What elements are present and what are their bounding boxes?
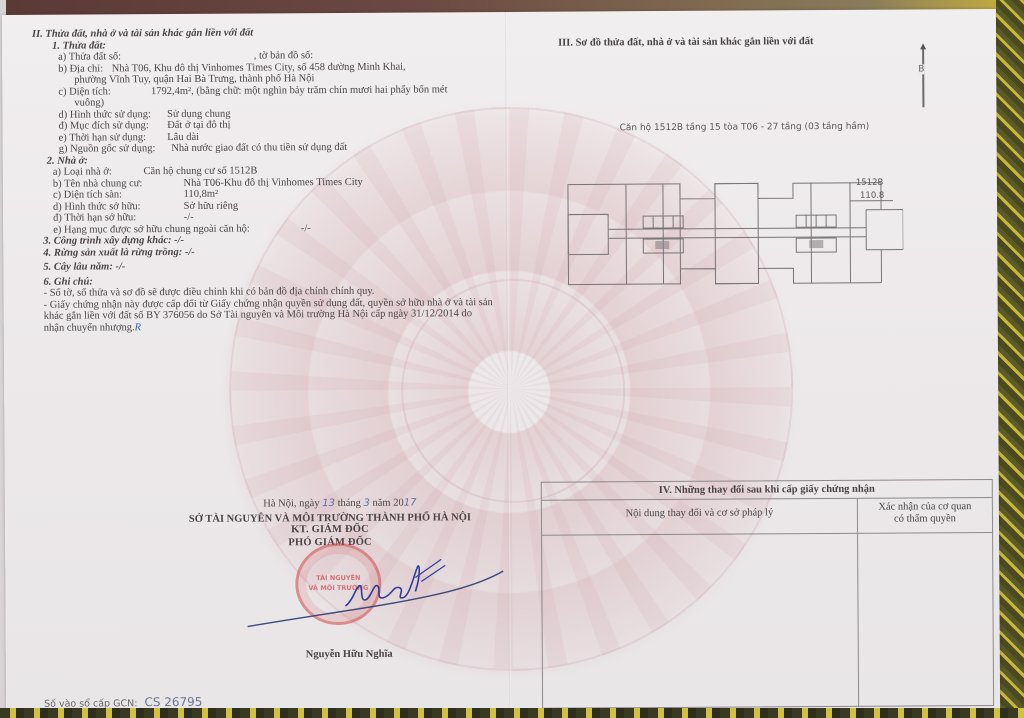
handwritten-signature bbox=[245, 557, 505, 629]
section-ii: II. Thửa đất, nhà ở và tài sản khác gắn … bbox=[32, 26, 504, 334]
address-value: Nhà T06, Khu đô thị Vinhomes Times City,… bbox=[112, 61, 406, 74]
col-2-line-2: có thẩm quyền bbox=[858, 513, 992, 526]
area-value: 1792,4m², (bằng chữ: một nghìn bảy trăm … bbox=[151, 84, 448, 97]
date-day: 13 bbox=[322, 498, 335, 509]
use-form-value: Sử dụng chung bbox=[167, 108, 231, 119]
issue-date: Hà Nội, ngày 13 tháng 3 năm 2017 bbox=[180, 497, 500, 510]
use-form-label: d) Hình thức sử dụng: bbox=[58, 109, 164, 121]
area-label: c) Diện tích: bbox=[58, 86, 148, 98]
section-iii-title: III. Sơ đồ thửa đất, nhà ở và tài sản kh… bbox=[558, 36, 813, 49]
own-term-label: đ) Thời hạn sở hữu: bbox=[53, 212, 181, 224]
term-value: Lâu dài bbox=[167, 131, 199, 142]
parcel-label: a) Thửa đất số: bbox=[58, 51, 121, 62]
date-month: 3 bbox=[363, 498, 369, 509]
forest: 4. Rừng sản xuất là rừng trồng: -/- bbox=[43, 244, 503, 258]
ownership-label: d) Hình thức sở hữu: bbox=[53, 200, 181, 212]
house-type-value: Căn hộ chung cư số 1512B bbox=[143, 165, 257, 177]
term-label: e) Thời hạn sử dụng: bbox=[59, 132, 165, 144]
floor-plan-diagram bbox=[563, 170, 904, 292]
note-2-text: - Giấy chứng nhận này được cấp đổi từ Gi… bbox=[44, 297, 493, 334]
origin-label: g) Nguồn gốc sử dụng: bbox=[59, 143, 169, 155]
role-line-1: KT. GIÁM ĐỐC bbox=[160, 523, 500, 536]
ownership-value: Sở hữu riêng bbox=[184, 200, 238, 211]
col-change-content: Nội dung thay đổi và cơ sở pháp lý bbox=[542, 499, 858, 535]
common-label: e) Hạng mục được sở hữu chung ngoài căn … bbox=[53, 223, 298, 236]
date-year: 17 bbox=[404, 498, 417, 509]
date-prefix: Hà Nội, ngày bbox=[263, 498, 319, 509]
floor-area-value: 110,8m² bbox=[184, 189, 219, 200]
unit-code: 1512B bbox=[856, 178, 884, 188]
changes-table-body bbox=[542, 533, 993, 709]
common-value: -/- bbox=[301, 223, 311, 234]
unit-area: 110.8 bbox=[860, 191, 884, 201]
floor-area-label: c) Diện tích sàn: bbox=[53, 189, 181, 201]
plan-caption: Căn hộ 1512B tầng 15 tòa T06 - 27 tầng (… bbox=[620, 122, 870, 134]
north-arrow-icon bbox=[922, 47, 924, 107]
own-term-value: -/- bbox=[184, 212, 194, 223]
signature-block: Hà Nội, ngày 13 tháng 3 năm 2017 SỞ TÀI … bbox=[160, 497, 500, 549]
signer-name: Nguyễn Hữu Nghĩa bbox=[306, 649, 393, 661]
col-2-line-1: Xác nhận của cơ quan bbox=[858, 501, 992, 514]
changes-table: IV. Những thay đổi sau khi cấp giấy chứn… bbox=[541, 479, 994, 709]
col-authority-confirmation: Xác nhận của cơ quan có thẩm quyền bbox=[858, 498, 992, 533]
house-type-label: a) Loại nhà ở: bbox=[53, 166, 141, 178]
date-month-label: tháng bbox=[338, 498, 361, 509]
perennial: 5. Cây lâu năm: -/- bbox=[43, 259, 503, 273]
note-initial: R bbox=[135, 322, 141, 333]
background-surface-bottom bbox=[0, 708, 1024, 718]
changes-table-header: Nội dung thay đổi và cơ sở pháp lý Xác n… bbox=[542, 498, 992, 536]
address-label: b) Địa chỉ: bbox=[58, 63, 103, 74]
origin-value: Nhà nước giao đất có thu tiền sử dụng đấ… bbox=[171, 142, 347, 154]
purpose-value: Đất ở tại đô thị bbox=[167, 120, 230, 131]
certificate-page: II. Thửa đất, nhà ở và tài sản khác gắn … bbox=[2, 9, 1000, 715]
building-label: b) Tên nhà chung cư: bbox=[53, 177, 181, 189]
map-sheet-label: , tờ bản đồ số: bbox=[254, 50, 314, 61]
date-year-label: năm 20 bbox=[372, 498, 403, 509]
changes-body-col-1 bbox=[542, 534, 859, 709]
building-value: Nhà T06-Khu đô thị Vinhomes Times City bbox=[183, 176, 362, 188]
background-surface-right bbox=[996, 0, 1024, 718]
note-2: - Giấy chứng nhận này được cấp đổi từ Gi… bbox=[44, 297, 494, 334]
north-label: B bbox=[918, 64, 924, 74]
purpose-label: đ) Mục đích sử dụng: bbox=[59, 120, 165, 132]
